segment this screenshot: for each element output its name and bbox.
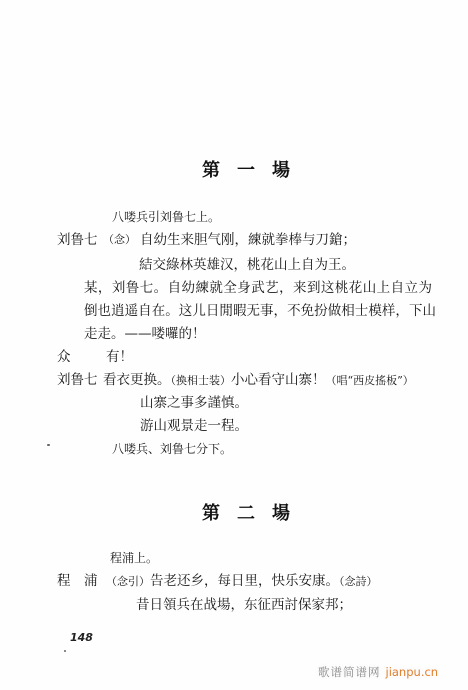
site-watermark: 歌谱简谱网jianpu.cn [318, 664, 438, 680]
speech-line: 刘鲁七 看衣更换。（換相士装）小心看守山寨！（唱“西皮搖板”） [57, 371, 447, 389]
stage-direction: 八喽兵引刘鲁七上。 [112, 209, 220, 225]
speaker-name: 程 浦 [57, 572, 98, 590]
speech-text: 自幼生来胆气刚，練就拳棒与刀鎗； [140, 231, 356, 249]
delivery-direction: （念） [103, 231, 136, 249]
verse-line: 昔日領兵在战場，东征西討保家邦； [136, 596, 352, 614]
speaker-name: 刘鲁七 [57, 371, 98, 389]
action-direction: （換相士装） [171, 374, 232, 387]
scene-1-title: 第一場 [202, 160, 307, 182]
scene-2-title: 第二場 [202, 503, 307, 525]
speech-text: 看衣更换。 [103, 372, 171, 388]
watermark-domain: jianpu.cn [386, 665, 439, 679]
speaker-name: 刘鲁七 [57, 231, 98, 249]
stage-direction: 程浦上。 [110, 550, 158, 566]
speech-line: 众 有！ [57, 348, 157, 366]
speech-text: 小心看守山寨！ [231, 372, 326, 388]
singing-direction: （唱“西皮搖板”） [326, 374, 414, 387]
prose-line: 某，刘鲁七。自幼練就全身武艺，来到这桃花山上自立为王， [84, 279, 432, 297]
page-number: 148 [70, 631, 93, 644]
speech-body: （念引）告老还乡，每日里，快乐安康。（念詩） [106, 572, 378, 591]
script-page: 第一場 八喽兵引刘鲁七上。 刘鲁七 （念） 自幼生来胆气刚，練就拳棒与刀鎗； 結… [0, 0, 468, 690]
speaker-name: 众 [57, 348, 71, 366]
speech-body: 看衣更换。（換相士装）小心看守山寨！（唱“西皮搖板”） [103, 371, 414, 390]
delivery-direction: （念詩） [339, 575, 378, 588]
speech-text: 有！ [106, 348, 133, 366]
stage-direction: 八喽兵、刘鲁七分下。 [112, 441, 232, 457]
verse-line: 游山观景走一程。 [140, 417, 248, 435]
delivery-direction: （念引） [106, 575, 150, 588]
verse-line: 結交綠林英雄汉，桃花山上自为王。 [139, 256, 355, 274]
speech-line: 程 浦 （念引）告老还乡，每日里，快乐安康。（念詩） [57, 572, 447, 590]
watermark-site-name: 歌谱简谱网 [318, 665, 381, 679]
speech-line: 刘鲁七 （念） 自幼生来胆气刚，練就拳棒与刀鎗； [57, 231, 357, 249]
prose-line: 走走。——喽囉的！ [84, 325, 206, 343]
prose-line: 倒也逍遥自在。这儿日閒暇无事，不免扮做相士模样，下山 [84, 302, 436, 320]
scan-speck [47, 444, 50, 446]
scan-speck [64, 650, 66, 652]
verse-line: 山寨之事多謹慎。 [140, 394, 248, 412]
speech-text: 告老还乡，每日里，快乐安康。 [150, 573, 339, 589]
